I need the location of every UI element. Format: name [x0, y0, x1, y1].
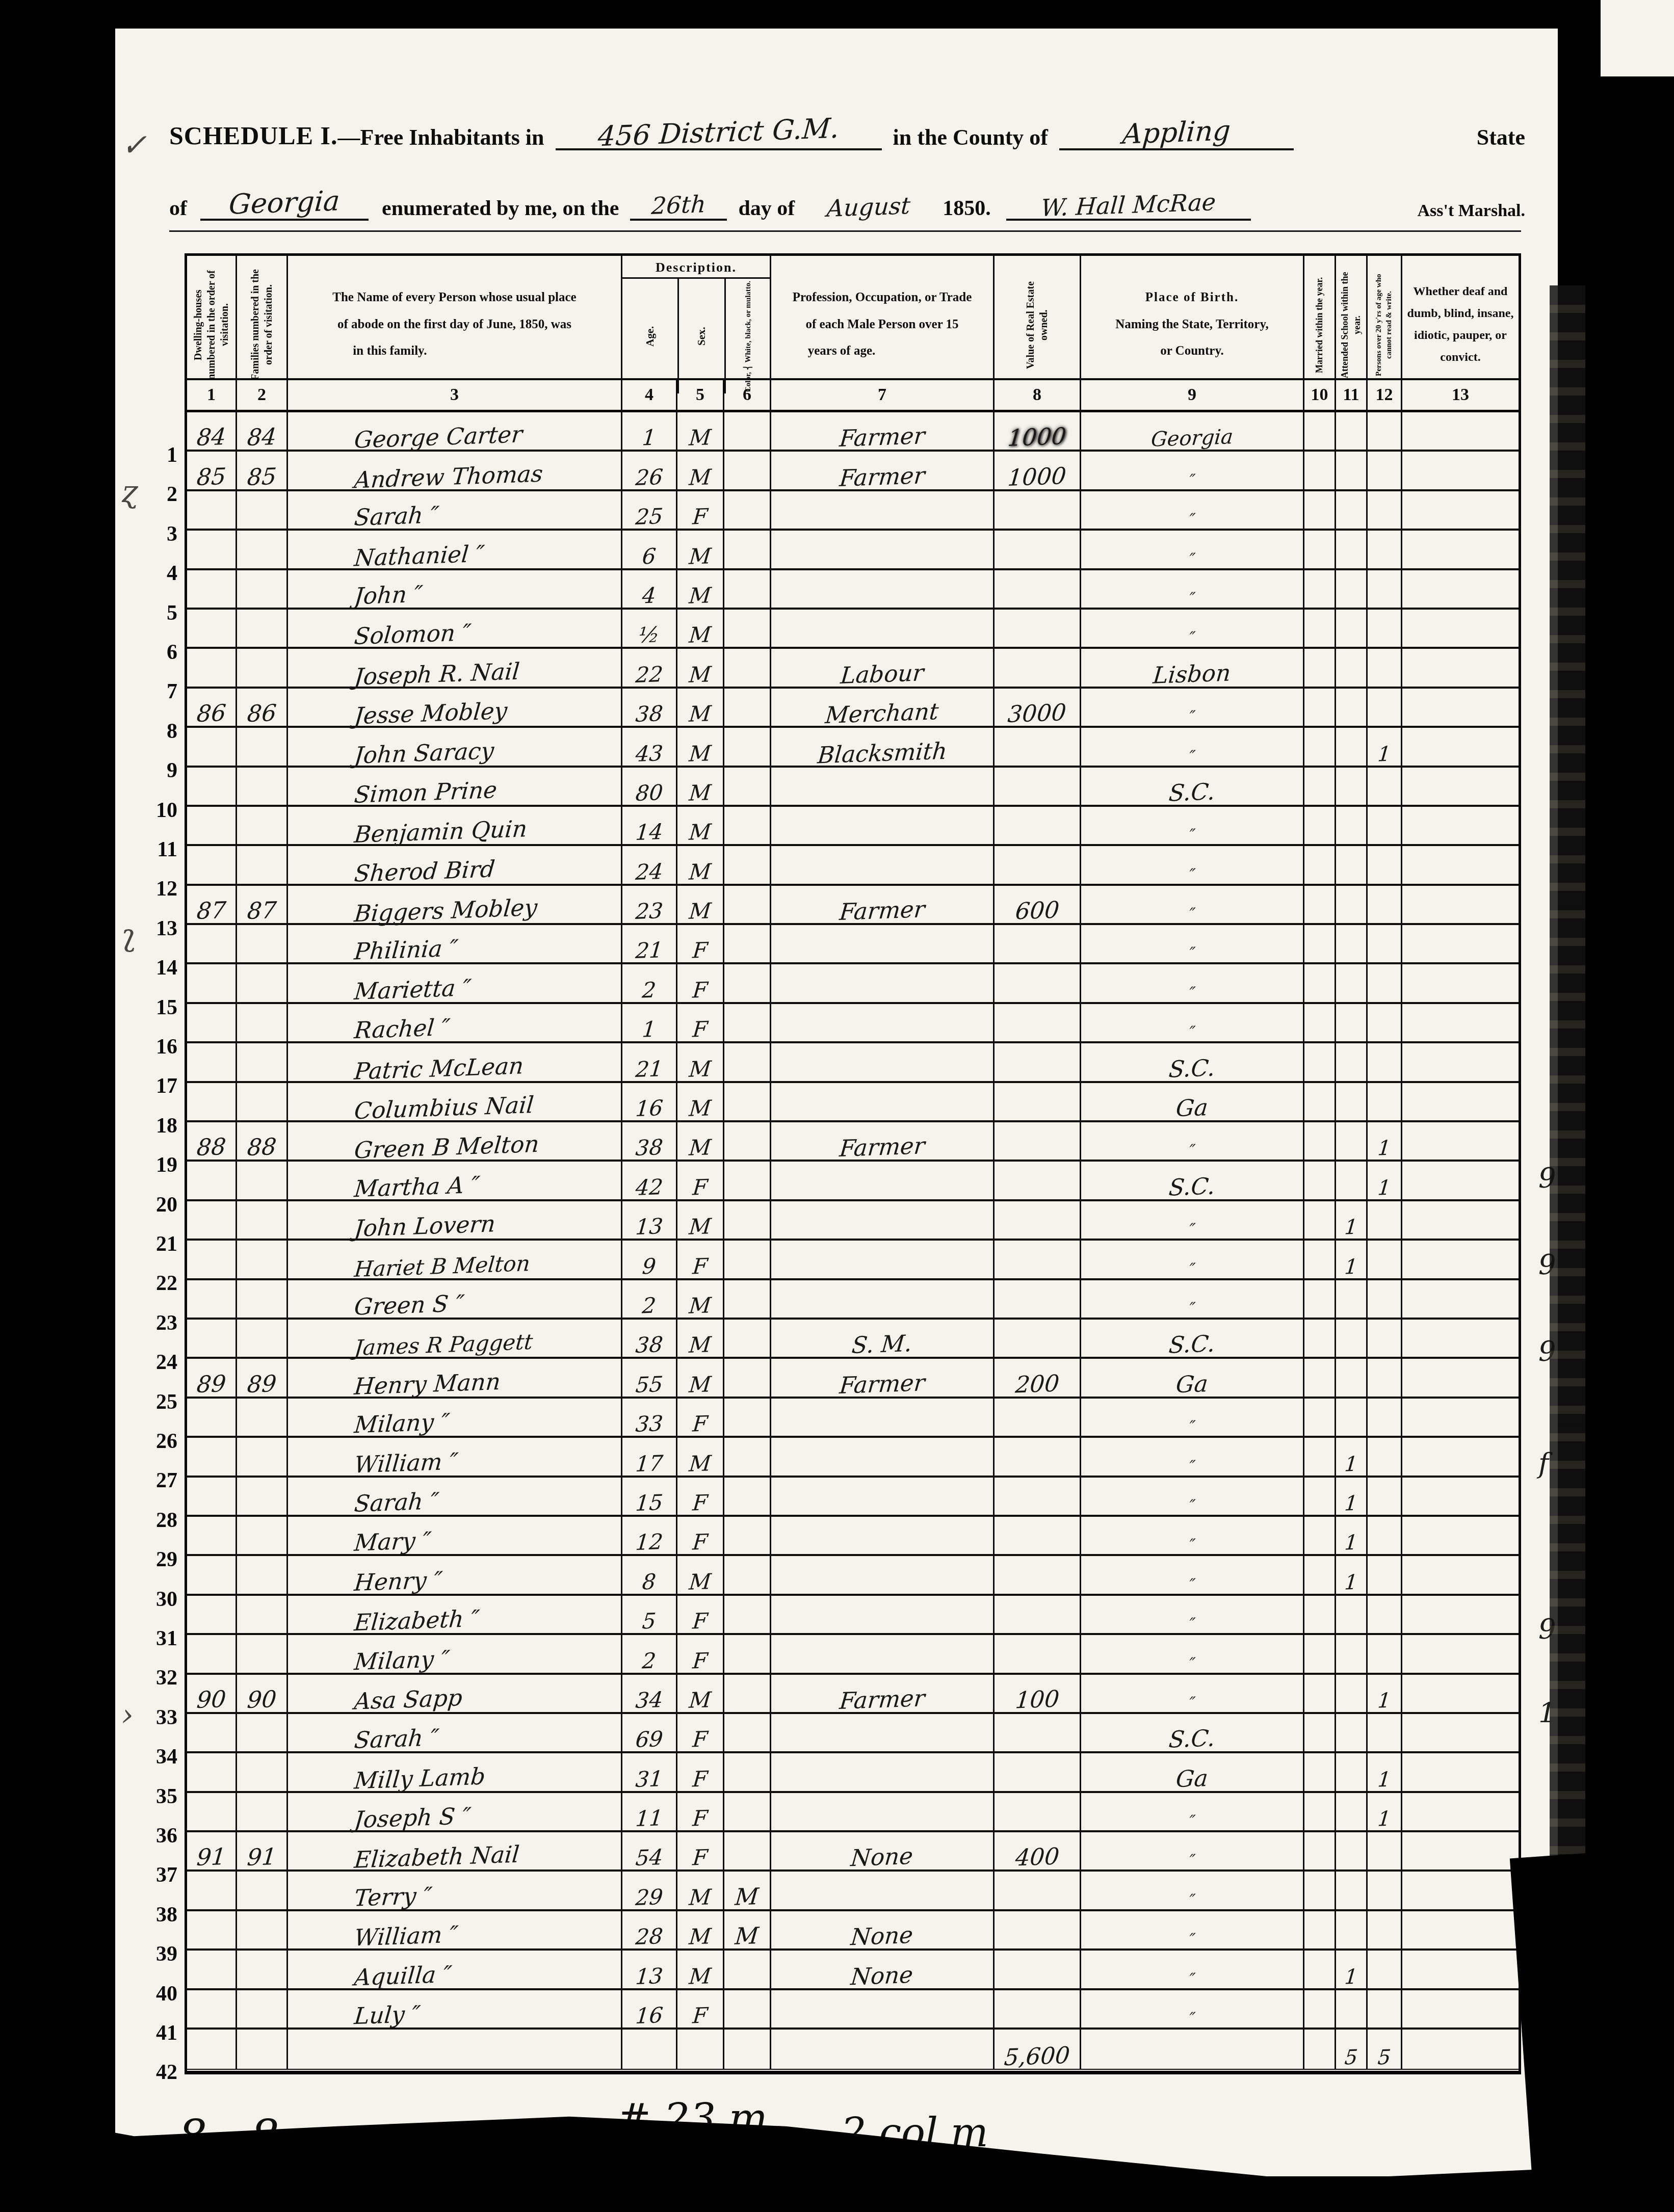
cell-age: 43 — [621, 728, 676, 765]
handwritten-value: M — [688, 1453, 712, 1475]
cell-c10 — [1303, 491, 1335, 529]
cell-c10 — [1303, 1004, 1335, 1041]
handwritten-value: F — [692, 1729, 709, 1751]
handwritten-value: Farmer — [839, 1687, 926, 1713]
cell-birth — [1080, 2030, 1303, 2069]
cell-c12 — [1366, 964, 1401, 1002]
row-number: 25 — [147, 1390, 177, 1414]
cell-fam — [236, 1714, 286, 1751]
cell-fam — [236, 1201, 286, 1239]
cell-dw: 88 — [187, 1122, 236, 1160]
row-number: 10 — [147, 798, 177, 823]
cell-c13 — [1401, 1399, 1519, 1436]
row-number: 23 — [147, 1311, 177, 1335]
cell-col — [723, 1556, 770, 1593]
cell-c10 — [1303, 768, 1335, 805]
cell-c11: 1 — [1335, 1201, 1366, 1239]
handwritten-value: F — [692, 1255, 709, 1277]
table-row: William ″17M″1 — [187, 1438, 1519, 1477]
cell-age: 2 — [621, 1280, 676, 1318]
cell-name: Sarah ″ — [286, 491, 621, 529]
handwritten-value: F — [692, 1611, 709, 1632]
cell-fam — [236, 1478, 286, 1515]
handwritten-value: S.C. — [1168, 1056, 1216, 1081]
column-number: 7 — [770, 380, 993, 410]
cell-age: 38 — [621, 689, 676, 726]
state-handwriting: Georgia — [228, 185, 341, 221]
cell-fam — [236, 964, 286, 1002]
cell-birth: ″ — [1080, 1556, 1303, 1593]
handwritten-value: M — [688, 703, 712, 725]
cell-dw — [187, 1280, 236, 1318]
table-row: Milly Lamb31FGa1 — [187, 1753, 1519, 1793]
cell-age: 55 — [621, 1359, 676, 1396]
scan-border-top — [0, 0, 1674, 29]
handwritten-value: ″ — [1188, 1537, 1196, 1553]
cell-sex: M — [676, 610, 723, 647]
handwritten-value: M — [688, 1334, 712, 1357]
cell-birth: ″ — [1080, 886, 1303, 923]
handwritten-value: ″ — [1188, 906, 1196, 923]
cell-col — [723, 1596, 770, 1633]
handwritten-value: 1 — [1344, 1217, 1358, 1238]
handwritten-value: 24 — [635, 861, 664, 883]
cell-c13 — [1401, 1793, 1519, 1830]
column-number: 8 — [993, 380, 1080, 410]
cell-c10 — [1303, 1478, 1335, 1515]
cell-fam — [236, 1083, 286, 1120]
cell-age: 24 — [621, 846, 676, 883]
cell-occ — [770, 1596, 993, 1633]
handwritten-value: Columbius Nail — [353, 1093, 535, 1122]
cell-sex: M — [676, 1043, 723, 1081]
handwritten-value: 29 — [635, 1886, 664, 1909]
cell-age: 12 — [621, 1517, 676, 1554]
cell-birth: S.C. — [1080, 1043, 1303, 1081]
handwritten-value: M — [688, 1571, 712, 1593]
cell-fam — [236, 1793, 286, 1830]
handwritten-value: 100 — [1014, 1687, 1060, 1711]
cell-c13 — [1401, 649, 1519, 686]
col2-header: Families numbered in the order of visita… — [236, 256, 286, 393]
cell-col — [723, 610, 770, 647]
cell-c12 — [1366, 1004, 1401, 1041]
cell-c11 — [1335, 886, 1366, 923]
cell-c10 — [1303, 452, 1335, 489]
handwritten-value: 16 — [635, 1097, 664, 1120]
handwritten-value: Biggers Mobley — [353, 896, 538, 926]
handwritten-value: 28 — [635, 1926, 664, 1948]
census-table: Dwelling-houses numbered in the order of… — [185, 253, 1521, 2074]
handwritten-value: M — [688, 1295, 712, 1317]
column-number: 4 — [621, 380, 676, 410]
handwritten-value: Aquilla ″ — [353, 1962, 453, 1989]
cell-c12 — [1366, 1951, 1401, 1988]
county-blank: Appling — [1059, 116, 1294, 150]
handwritten-value: 1 — [1344, 1966, 1358, 1987]
cell-c12 — [1366, 1714, 1401, 1751]
cell-c11 — [1335, 1911, 1366, 1948]
handwritten-value: 16 — [635, 2005, 664, 2027]
of-label: of — [169, 196, 187, 221]
cell-c12 — [1366, 1556, 1401, 1593]
handwritten-value: F — [692, 1532, 709, 1553]
cell-c10 — [1303, 1122, 1335, 1160]
cell-name: Solomon ″ — [286, 610, 621, 647]
cell-age: 1 — [621, 1004, 676, 1041]
table-row: Terry ″29MM″ — [187, 1872, 1519, 1911]
cell-c11 — [1335, 728, 1366, 765]
cell-c11 — [1335, 1320, 1366, 1357]
cell-occ — [770, 1004, 993, 1041]
handwritten-value: M — [688, 1965, 712, 1988]
handwritten-value: None — [850, 1963, 914, 1988]
cell-val: 3000 — [993, 689, 1080, 726]
cell-age: 28 — [621, 1911, 676, 1948]
cell-name: Milany ″ — [286, 1635, 621, 1672]
cell-c12: 1 — [1366, 1793, 1401, 1830]
row-number: 12 — [147, 877, 177, 901]
cell-age: 17 — [621, 1438, 676, 1475]
stray-ink-mark: ✓ — [121, 127, 147, 163]
cell-c12 — [1366, 531, 1401, 568]
free-inhabitants-label: —Free Inhabitants in — [338, 124, 544, 150]
cell-dw — [187, 1517, 236, 1554]
handwritten-value: 1000 — [1007, 425, 1067, 450]
handwritten-value: 21 — [635, 939, 664, 962]
cell-dw — [187, 1635, 236, 1672]
cell-val — [993, 964, 1080, 1002]
cell-c12 — [1366, 452, 1401, 489]
handwritten-value: 5 — [1377, 2047, 1392, 2068]
census-scan-page: SCHEDULE I.—Free Inhabitants in 456 Dist… — [0, 0, 1674, 2212]
cell-col — [723, 728, 770, 765]
handwritten-value: 87 — [246, 899, 277, 923]
handwritten-value: 69 — [635, 1728, 664, 1751]
handwritten-value: Henry Mann — [353, 1370, 502, 1398]
cell-c12 — [1366, 807, 1401, 844]
handwritten-value: 91 — [246, 1845, 277, 1869]
cell-col — [723, 1675, 770, 1712]
cell-fam — [236, 1004, 286, 1041]
cell-c12 — [1366, 1911, 1401, 1948]
handwritten-value: M — [688, 900, 712, 923]
cell-val: 200 — [993, 1359, 1080, 1396]
cell-val: 100 — [993, 1675, 1080, 1712]
cell-age: 11 — [621, 1793, 676, 1830]
cell-val: 5,600 — [993, 2030, 1080, 2069]
cell-dw: 86 — [187, 689, 236, 726]
cell-birth: ″ — [1080, 689, 1303, 726]
row-number: 36 — [147, 1824, 177, 1848]
handwritten-value: Solomon ″ — [353, 621, 472, 648]
cell-c12 — [1366, 1990, 1401, 2027]
cell-occ — [770, 807, 993, 844]
handwritten-value: ″ — [1188, 1813, 1196, 1830]
cell-name: Luly ″ — [286, 1990, 621, 2027]
handwritten-value: 9 — [641, 1255, 657, 1277]
table-row: Luly ″16F″ — [187, 1990, 1519, 2030]
handwritten-value: ″ — [1188, 550, 1196, 567]
cell-c13 — [1401, 1320, 1519, 1357]
cell-age: 38 — [621, 1122, 676, 1160]
table-row: 8888Green B Melton38MFarmer″1 — [187, 1122, 1519, 1162]
cell-c12 — [1366, 412, 1401, 450]
row-number: 31 — [147, 1626, 177, 1651]
cell-sex: F — [676, 1162, 723, 1199]
cell-c13 — [1401, 1596, 1519, 1633]
cell-name: Milany ″ — [286, 1399, 621, 1436]
cell-name: Biggers Mobley — [286, 886, 621, 923]
table-row: Philinia ″21F″ — [187, 925, 1519, 964]
cell-name: William ″ — [286, 1438, 621, 1475]
handwritten-value: 3000 — [1007, 701, 1067, 726]
cell-col — [723, 1438, 770, 1475]
handwritten-value: None — [850, 1845, 914, 1869]
cell-col — [723, 925, 770, 962]
cell-c11: 1 — [1335, 1951, 1366, 1988]
handwritten-value: 84 — [246, 425, 277, 449]
cell-sex: M — [676, 1675, 723, 1712]
cell-c12 — [1366, 1201, 1401, 1239]
table-row: 8787Biggers Mobley23MFarmer600″ — [187, 886, 1519, 925]
cell-c12: 1 — [1366, 1162, 1401, 1199]
cell-c11 — [1335, 1596, 1366, 1633]
handwritten-value: 5 — [1344, 2047, 1358, 2068]
handwritten-value: ″ — [1188, 945, 1196, 962]
row-number: 1 — [147, 443, 177, 467]
cell-age: 29 — [621, 1872, 676, 1909]
cell-name: Elizabeth ″ — [286, 1596, 621, 1633]
cell-c12 — [1366, 570, 1401, 608]
cell-c10 — [1303, 1832, 1335, 1869]
cell-occ — [770, 1162, 993, 1199]
cell-c10 — [1303, 1517, 1335, 1554]
table-row: John ″4M″ — [187, 570, 1519, 610]
cell-val — [993, 491, 1080, 529]
handwritten-value: Milany ″ — [353, 1410, 451, 1437]
cell-dw — [187, 1556, 236, 1593]
handwritten-value: Joseph R. Nail — [353, 660, 520, 688]
handwritten-value: 1 — [1377, 1769, 1392, 1790]
handwritten-value: F — [692, 1768, 709, 1790]
cell-occ: S. M. — [770, 1320, 993, 1357]
cell-occ — [770, 531, 993, 568]
state-blank: Georgia — [200, 187, 369, 221]
handwritten-value: 5,600 — [1003, 2044, 1071, 2069]
cell-val — [993, 768, 1080, 805]
cell-c12 — [1366, 1241, 1401, 1278]
handwritten-value: M — [688, 1926, 712, 1948]
cell-c10 — [1303, 846, 1335, 883]
table-row: Elizabeth ″5F″ — [187, 1596, 1519, 1635]
cell-dw — [187, 649, 236, 686]
handwritten-value: 1 — [1377, 744, 1392, 765]
cell-age: 2 — [621, 1635, 676, 1672]
handwritten-value: Farmer — [839, 1134, 926, 1160]
col8-header: Value of Real Estate owned. — [993, 256, 1080, 393]
cell-name: Mary ″ — [286, 1517, 621, 1554]
table-row: Green S ″2M″ — [187, 1280, 1519, 1320]
cell-col — [723, 1320, 770, 1357]
cell-c13 — [1401, 1911, 1519, 1948]
cell-c11 — [1335, 846, 1366, 883]
table-row: Solomon ″½M″ — [187, 610, 1519, 649]
cell-birth: S.C. — [1080, 1320, 1303, 1357]
handwritten-value: Sherod Bird — [353, 857, 496, 885]
cell-dw — [187, 491, 236, 529]
cell-fam: 91 — [236, 1832, 286, 1869]
handwritten-value: 1000 — [1007, 464, 1067, 489]
handwritten-value: 38 — [635, 703, 664, 725]
handwritten-value: Hariet B Melton — [353, 1252, 531, 1280]
handwritten-value: 91 — [196, 1845, 227, 1869]
cell-sex: M — [676, 1280, 723, 1318]
handwritten-value: Sarah ″ — [353, 1489, 440, 1515]
cell-fam: 84 — [236, 412, 286, 450]
handwritten-value: Martha A ″ — [353, 1173, 481, 1200]
cell-dw — [187, 846, 236, 883]
cell-c12 — [1366, 1438, 1401, 1475]
handwritten-value: M — [688, 782, 712, 804]
cell-age: 21 — [621, 1043, 676, 1081]
cell-c13 — [1401, 1083, 1519, 1120]
cell-c13 — [1401, 689, 1519, 726]
cell-c13 — [1401, 531, 1519, 568]
cell-c11: 1 — [1335, 1478, 1366, 1515]
cell-birth: ″ — [1080, 452, 1303, 489]
cell-val: 1000 — [993, 452, 1080, 489]
cell-sex: F — [676, 964, 723, 1002]
cell-c10 — [1303, 2030, 1335, 2069]
cell-birth: ″ — [1080, 964, 1303, 1002]
cell-name: Green B Melton — [286, 1122, 621, 1160]
handwritten-value: ″ — [1188, 629, 1196, 646]
stray-ink-mark: ɀ — [121, 474, 138, 510]
cell-col: M — [723, 1911, 770, 1948]
row-number: 13 — [147, 916, 177, 941]
cell-fam — [236, 570, 286, 608]
cell-fam — [236, 768, 286, 805]
handwritten-value: 2 — [641, 1295, 657, 1316]
cell-c10 — [1303, 1911, 1335, 1948]
cell-c12 — [1366, 491, 1401, 529]
cell-c10 — [1303, 1083, 1335, 1120]
cell-c13 — [1401, 1832, 1519, 1869]
cell-sex: M — [676, 649, 723, 686]
cell-c13 — [1401, 768, 1519, 805]
cell-c11 — [1335, 925, 1366, 962]
cell-c10 — [1303, 964, 1335, 1002]
cell-sex: F — [676, 1753, 723, 1790]
cell-c11 — [1335, 1832, 1366, 1869]
handwritten-value: S.C. — [1168, 1332, 1216, 1357]
cell-c10 — [1303, 1162, 1335, 1199]
row-number: 6 — [147, 640, 177, 665]
cell-col — [723, 1162, 770, 1199]
cell-c12 — [1366, 1635, 1401, 1672]
cell-sex: M — [676, 570, 723, 608]
cell-name: Aquilla ″ — [286, 1951, 621, 1988]
handwritten-value: ″ — [1188, 827, 1196, 844]
cell-val — [993, 925, 1080, 962]
cell-fam — [236, 1162, 286, 1199]
cell-col — [723, 531, 770, 568]
table-row: Mary ″12F″1 — [187, 1517, 1519, 1556]
handwritten-value: M — [688, 427, 712, 450]
table-row: William ″28MMNone″ — [187, 1911, 1519, 1951]
cell-col — [723, 1359, 770, 1396]
cell-age: 26 — [621, 452, 676, 489]
table-row: 9090Asa Sapp34MFarmer100″1 — [187, 1675, 1519, 1714]
district-handwriting: 456 District G.M. — [597, 112, 840, 153]
handwritten-value: 89 — [246, 1372, 277, 1396]
row-number: 11 — [147, 837, 177, 862]
handwritten-value: 1 — [1344, 1454, 1358, 1474]
cell-col — [723, 1083, 770, 1120]
cell-c13 — [1401, 1438, 1519, 1475]
cell-dw — [187, 2030, 236, 2069]
cell-age: 21 — [621, 925, 676, 962]
handwritten-value: 42 — [635, 1176, 664, 1199]
handwritten-value: James R Paggett — [353, 1331, 534, 1359]
handwritten-value: 1 — [1344, 1493, 1358, 1514]
handwritten-value: John ″ — [353, 583, 424, 608]
cell-val — [993, 728, 1080, 765]
handwritten-value: 26 — [635, 466, 664, 489]
handwritten-value: 43 — [635, 743, 664, 765]
cell-col — [723, 1832, 770, 1869]
cell-c12 — [1366, 1596, 1401, 1633]
cell-val: 600 — [993, 886, 1080, 923]
cell-c11 — [1335, 1675, 1366, 1712]
handwritten-value: Andrew Thomas — [353, 462, 544, 491]
cell-val — [993, 1399, 1080, 1436]
cell-val — [993, 846, 1080, 883]
cell-sex: M — [676, 1320, 723, 1357]
table-row: Milany ″2F″ — [187, 1635, 1519, 1674]
cell-birth: ″ — [1080, 1872, 1303, 1909]
cell-name: Henry Mann — [286, 1359, 621, 1396]
cell-birth: ″ — [1080, 807, 1303, 844]
handwritten-value: 34 — [635, 1689, 664, 1711]
cell-c13 — [1401, 1675, 1519, 1712]
cell-fam — [236, 649, 286, 686]
cell-name: Hariet B Melton — [286, 1241, 621, 1278]
handwritten-value: Patric McLean — [353, 1054, 525, 1083]
col11-header: Attended School within the year. — [1335, 256, 1366, 393]
cell-val — [993, 531, 1080, 568]
cell-val — [993, 1201, 1080, 1239]
cell-c10 — [1303, 1872, 1335, 1909]
county-label: in the County of — [893, 124, 1048, 150]
handwritten-value: M — [688, 585, 712, 607]
cell-sex: F — [676, 1635, 723, 1672]
handwritten-value: ″ — [1188, 1852, 1196, 1869]
row-number: 5 — [147, 601, 177, 625]
column-number: 12 — [1366, 380, 1401, 410]
cell-birth: ″ — [1080, 1399, 1303, 1436]
cell-c12 — [1366, 1083, 1401, 1120]
handwritten-value: Farmer — [839, 424, 926, 450]
cell-dw — [187, 1004, 236, 1041]
cell-dw — [187, 531, 236, 568]
cell-col — [723, 412, 770, 450]
cell-birth: Ga — [1080, 1359, 1303, 1396]
row-number: 4 — [147, 561, 177, 586]
handwritten-value: Lisbon — [1152, 661, 1232, 687]
cell-c13 — [1401, 491, 1519, 529]
